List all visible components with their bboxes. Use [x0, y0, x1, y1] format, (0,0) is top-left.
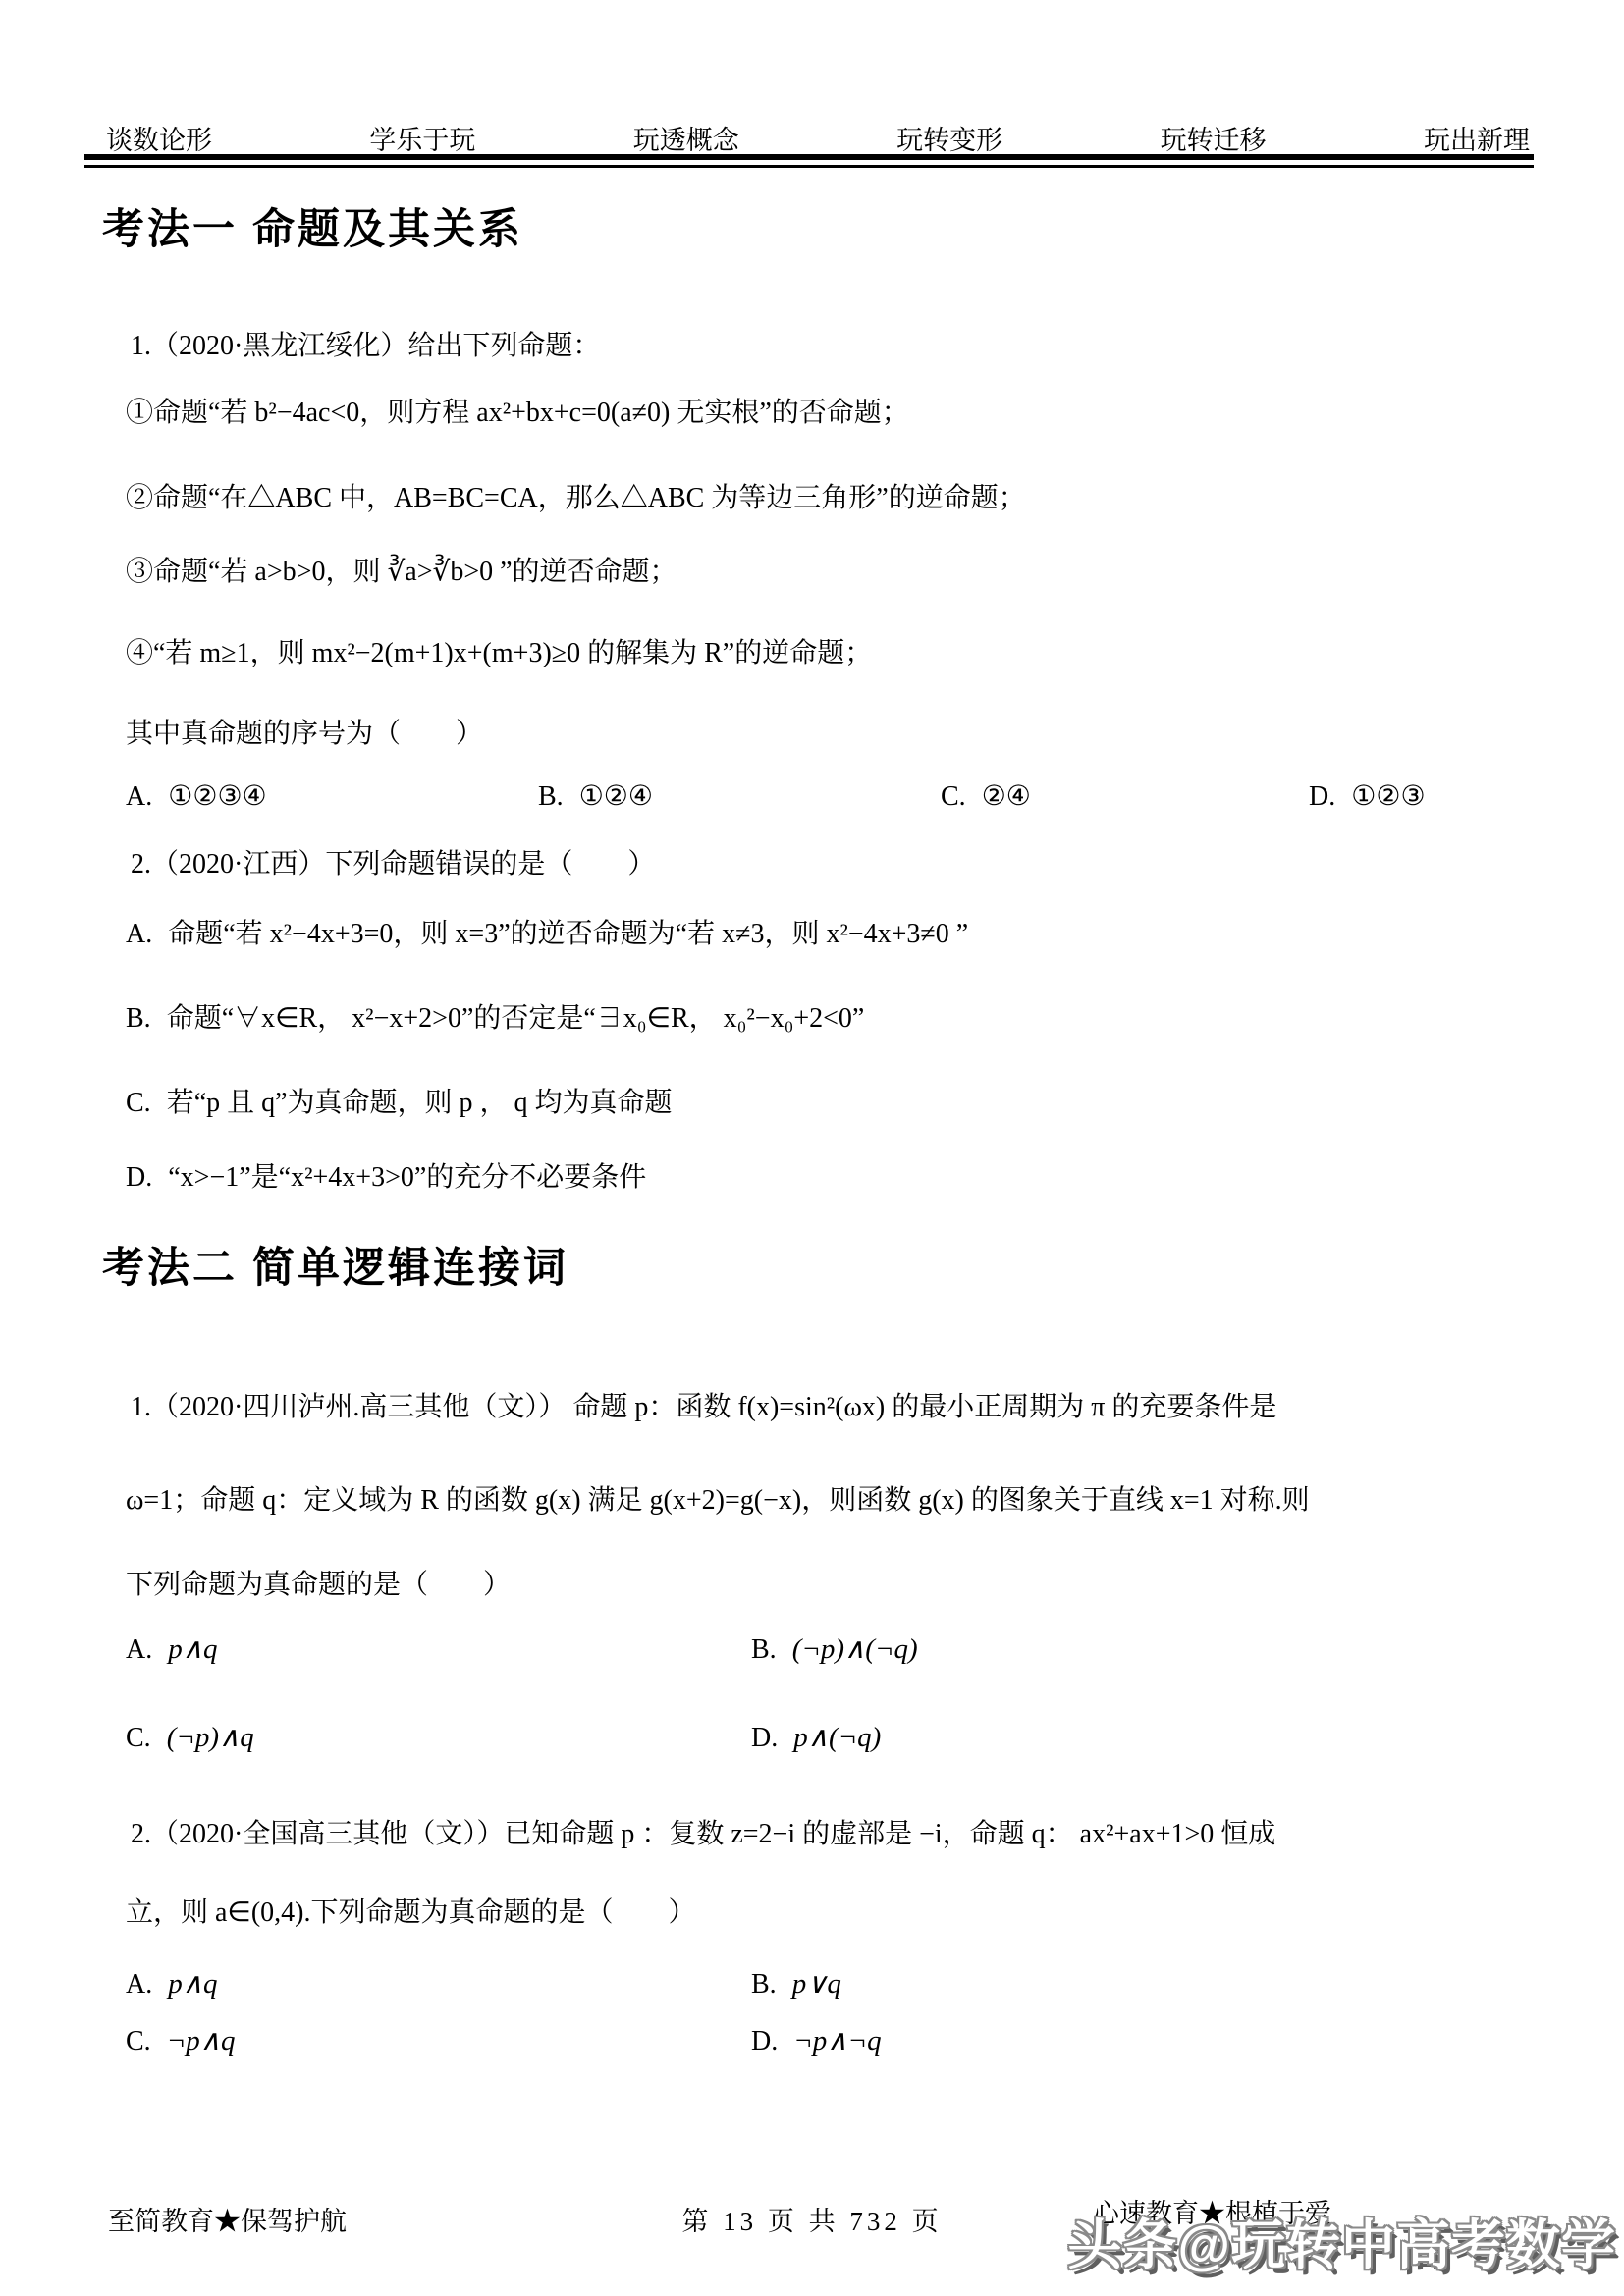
header-nav-item-1: 谈数论形	[106, 119, 212, 157]
s2q1-stem-line1: 1.（2020·四川泸州.高三其他（文）） 命题 p：函数 f(x)=sin²(…	[131, 1388, 1534, 1426]
s1q2-option-d: D.“x>−1”是“x²+4x+3>0”的充分不必要条件	[126, 1158, 1534, 1197]
s2q1-option-b: B.(¬p)∧(¬q)	[751, 1629, 1534, 1670]
s2q1-stem-line3: 下列命题为真命题的是（ ）	[126, 1566, 1534, 1604]
option-text: 若“p 且 q”为真命题，则 p ， q 均为真命题	[167, 1088, 673, 1118]
header-nav-item-3: 玩透概念	[633, 119, 739, 157]
option-label: D.	[126, 1162, 152, 1193]
option-text: 命题“∀x∈R， x²−x+2>0”的否定是“∃x₀∈R， x₀²−x₀+2<0…	[167, 1003, 865, 1034]
option-text: ¬p∧q	[167, 2025, 236, 2056]
s2q1-stem-line2: ω=1；命题 q：定义域为 R 的函数 g(x) 满足 g(x+2)=g(−x)…	[126, 1481, 1534, 1520]
option-label: C.	[126, 1088, 151, 1118]
option-text: ¬p∧¬q	[793, 2025, 881, 2056]
header-nav-item-5: 玩转迁移	[1161, 119, 1267, 157]
option-text: ①②③	[1351, 781, 1425, 812]
option-label: B.	[538, 781, 564, 812]
s2q2-stem-line1: 2.（2020·全国高三其他（文））已知命题 p ：复数 z=2−i 的虚部是 …	[131, 1815, 1534, 1853]
s2q2-options-cd: C.¬p∧q D.¬p∧¬q	[126, 2021, 1534, 2061]
option-label: A.	[126, 1969, 152, 2000]
header-nav: 谈数论形 学乐于玩 玩透概念 玩转变形 玩转迁移 玩出新理	[106, 119, 1530, 157]
s2q1-options-ab: A.p∧q B.(¬p)∧(¬q)	[126, 1629, 1534, 1670]
toutiao-watermark: 头条@玩转中高考数学	[1067, 2202, 1616, 2279]
s2q2-option-a: A.p∧q	[126, 1964, 751, 2004]
s1q2-option-c: C.若“p 且 q”为真命题，则 p ， q 均为真命题	[126, 1084, 1534, 1122]
option-text: p∧q	[168, 1633, 217, 1665]
s1q1-prompt: 其中真命题的序号为（ ）	[126, 715, 1534, 753]
option-label: A.	[126, 781, 152, 812]
option-text: (¬p)∧q	[167, 1722, 254, 1753]
s1q1-option-d: D.①②③	[1309, 777, 1534, 816]
s1q1-item-1: ①命题“若 b²−4ac<0，则方程 ax²+bx+c=0(a≠0) 无实根”的…	[126, 394, 1534, 432]
worksheet-page: 谈数论形 学乐于玩 玩透概念 玩转变形 玩转迁移 玩出新理 考法一 命题及其关系…	[0, 0, 1624, 2296]
s1q1-item-3: ③命题“若 a>b>0，则 ∛a>∛b>0 ”的逆否命题；	[126, 553, 1534, 591]
header-double-rule	[84, 154, 1534, 168]
s2q1-option-c: C.(¬p)∧q	[126, 1718, 751, 1758]
s2q2-options-ab: A.p∧q B.p∨q	[126, 1964, 1534, 2004]
s2q1-option-d: D.p∧(¬q)	[751, 1718, 1534, 1758]
header-nav-item-2: 学乐于玩	[369, 119, 475, 157]
header-nav-item-6: 玩出新理	[1424, 119, 1530, 157]
s2q2-option-c: C.¬p∧q	[126, 2021, 751, 2061]
option-text: (¬p)∧(¬q)	[792, 1633, 918, 1665]
s1q1-options-row: A.①②③④ B.①②④ C.②④ D.①②③	[126, 777, 1534, 816]
s2q2-option-d: D.¬p∧¬q	[751, 2021, 1534, 2061]
option-text: ②④	[982, 781, 1031, 812]
s2q1-option-a: A.p∧q	[126, 1629, 751, 1670]
s1q1-item-4: ④“若 m≥1，则 mx²−2(m+1)x+(m+3)≥0 的解集为 R”的逆命…	[126, 634, 1534, 672]
option-label: D.	[1309, 781, 1335, 812]
s1q1-item-2: ②命题“在△ABC 中，AB=BC=CA，那么△ABC 为等边三角形”的逆命题；	[126, 479, 1534, 517]
option-label: A.	[126, 919, 152, 949]
option-text: p∧(¬q)	[793, 1722, 881, 1753]
s2q2-stem-line2: 立，则 a∈(0,4).下列命题为真命题的是（ ）	[126, 1894, 1534, 1932]
option-text: ①②③④	[168, 781, 266, 812]
option-label: B.	[751, 1634, 777, 1665]
section2-title: 考法二 简单逻辑连接词	[102, 1235, 1534, 1295]
s1q2-stem: 2.（2020·江西）下列命题错误的是（ ）	[131, 845, 1534, 883]
option-label: B.	[126, 1003, 151, 1034]
s1q1-option-a: A.①②③④	[126, 777, 538, 816]
s1q1-option-b: B.①②④	[538, 777, 941, 816]
s1q1-option-c: C.②④	[941, 777, 1309, 816]
s2q1-options-cd: C.(¬p)∧q D.p∧(¬q)	[126, 1718, 1534, 1758]
section1-title: 考法一 命题及其关系	[102, 196, 1534, 256]
s1q2-option-b: B.命题“∀x∈R， x²−x+2>0”的否定是“∃x₀∈R， x₀²−x₀+2…	[126, 999, 1534, 1038]
s1q2-option-a: A.命题“若 x²−4x+3=0，则 x=3”的逆否命题为“若 x≠3，则 x²…	[126, 915, 1534, 953]
option-text: “x>−1”是“x²+4x+3>0”的充分不必要条件	[168, 1162, 646, 1193]
option-text: p∧q	[168, 1968, 217, 2000]
option-label: D.	[751, 1723, 778, 1753]
option-label: D.	[751, 2026, 778, 2056]
option-label: B.	[751, 1969, 777, 2000]
option-label: C.	[126, 2026, 151, 2056]
option-text: ①②④	[579, 781, 653, 812]
option-label: C.	[126, 1723, 151, 1753]
option-label: A.	[126, 1634, 152, 1665]
option-text: p∨q	[792, 1968, 841, 2000]
option-text: 命题“若 x²−4x+3=0，则 x=3”的逆否命题为“若 x≠3，则 x²−4…	[168, 919, 968, 949]
s2q2-option-b: B.p∨q	[751, 1964, 1534, 2004]
option-label: C.	[941, 781, 966, 812]
header-nav-item-4: 玩转变形	[896, 119, 1002, 157]
s1q1-stem: 1.（2020·黑龙江绥化）给出下列命题：	[131, 327, 1534, 365]
